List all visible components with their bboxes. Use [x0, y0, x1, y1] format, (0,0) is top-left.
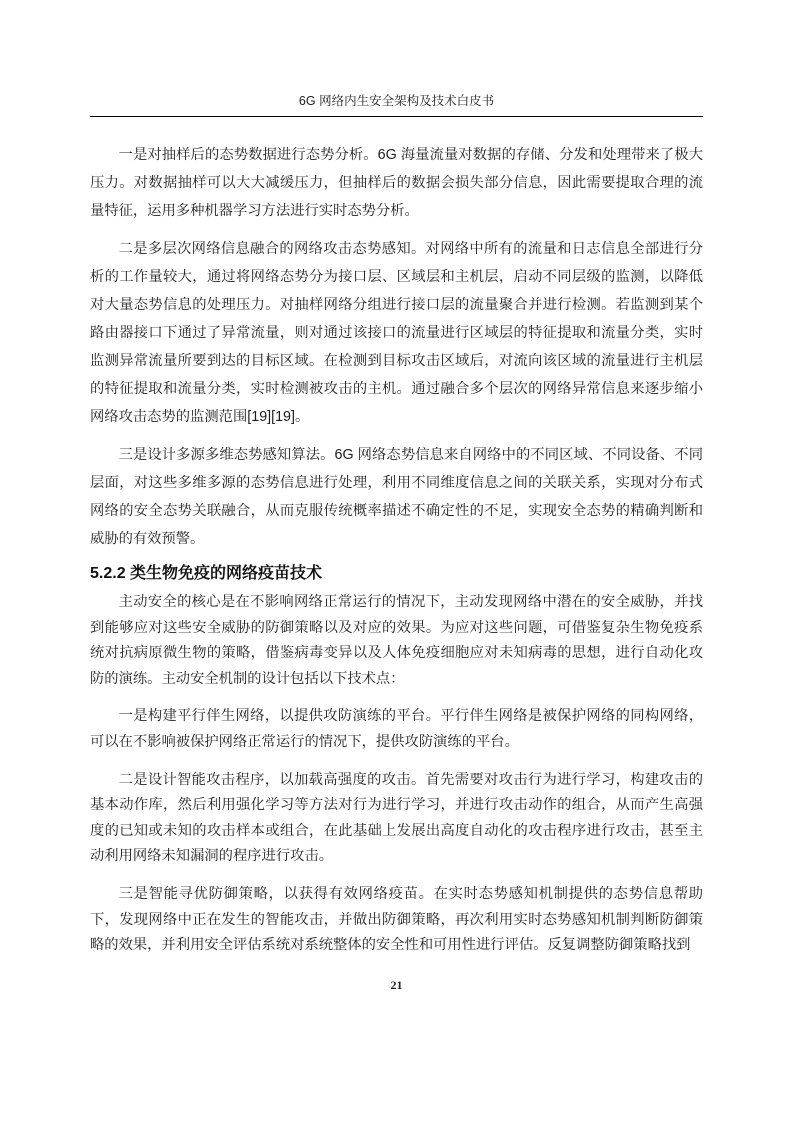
document-body: 一是对抽样后的态势数据进行态势分析。6G 海量流量对数据的存储、分发和处理带来了… [90, 141, 703, 971]
paragraph-multisource-algorithm: 三是设计多源多维态势感知算法。6G 网络态势信息来自网络中的不同区域、不同设备、… [90, 441, 703, 553]
paragraph-parallel-network: 一是构建平行伴生网络，以提供攻防演练的平台。平行伴生网络是被保护网络的同构网络，… [90, 704, 703, 755]
page-number: 21 [0, 978, 793, 993]
paragraph-multilayer-fusion: 二是多层次网络信息融合的网络攻击态势感知。对网络中所有的流量和日志信息全部进行分… [90, 235, 703, 431]
section-heading-5-2-2: 5.2.2 类生物免疫的网络疫苗技术 [90, 563, 703, 585]
paragraph-defense-strategy: 三是智能寻优防御策略，以获得有效网络疫苗。在实时态势感知机制提供的态势信息帮助下… [90, 882, 703, 959]
paragraph-active-security-core: 主动安全的核心是在不影响网络正常运行的情况下，主动发现网络中潜在的安全威胁，并找… [90, 590, 703, 692]
document-page: 6G 网络内生安全架构及技术白皮书 一是对抽样后的态势数据进行态势分析。6G 海… [0, 0, 793, 1122]
page-header: 6G 网络内生安全架构及技术白皮书 [90, 93, 703, 117]
header-title: 6G 网络内生安全架构及技术白皮书 [299, 94, 494, 108]
paragraph-intelligent-attack: 二是设计智能攻击程序，以加载高强度的攻击。首先需要对攻击行为进行学习，构建攻击的… [90, 768, 703, 870]
paragraph-situation-analysis: 一是对抽样后的态势数据进行态势分析。6G 海量流量对数据的存储、分发和处理带来了… [90, 141, 703, 225]
